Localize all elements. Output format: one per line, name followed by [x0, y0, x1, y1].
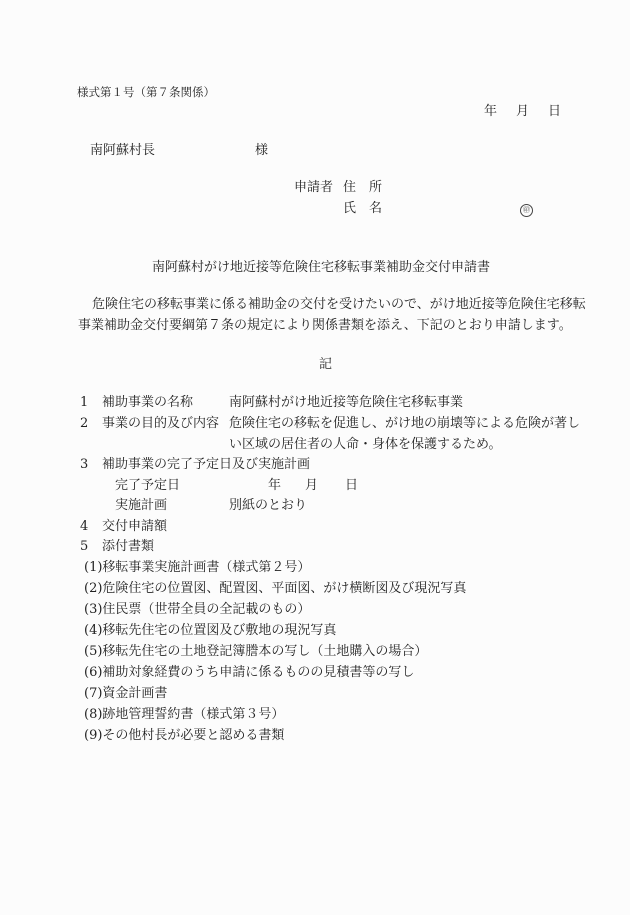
item-number: 1 [80, 395, 88, 411]
attachment-item: (1)移転事業実施計画書（様式第２号） [84, 560, 310, 576]
completion-year-label: 年 [268, 478, 281, 494]
date-day-label: 日 [548, 104, 561, 120]
attachment-item: (5)移転先住宅の土地登記簿謄本の写し（土地購入の場合） [84, 644, 427, 660]
seal-icon: ㊞ [520, 204, 533, 217]
completion-date-label: 完了予定日 [115, 478, 180, 494]
document-title: 南阿蘇村がけ地近接等危険住宅移転事業補助金交付申請書 [152, 260, 490, 276]
item-label: 交付申請額 [102, 519, 167, 535]
addressee-honorific: 様 [255, 143, 268, 159]
item-number: 2 [80, 416, 88, 432]
item-label: 補助事業の完了予定日及び実施計画 [102, 457, 310, 473]
attachment-item: (2)危険住宅の位置図、配置図、平面図、がけ横断図及び現況写真 [84, 581, 466, 597]
item-number: 5 [80, 539, 88, 555]
item-label: 事業の目的及び内容 [102, 416, 219, 432]
body-line-1: 危険住宅の移転事業に係る補助金の交付を受けたいので、がけ地近接等危険住宅移転 [92, 297, 586, 313]
implementation-plan-value: 別紙のとおり [229, 498, 307, 514]
attachment-item: (3)住民票（世帯全員の全記載のもの） [84, 602, 310, 618]
attachment-item: (7)資金計画書 [84, 686, 167, 702]
completion-day-label: 日 [345, 478, 358, 494]
addressee-name: 南阿蘇村長 [90, 143, 155, 159]
date-year-label: 年 [484, 104, 497, 120]
attachment-item: (6)補助対象経費のうち申請に係るものの見積書等の写し [84, 665, 414, 681]
ki-heading: 記 [319, 357, 332, 373]
address-label: 住 所 [343, 180, 382, 196]
applicant-label: 申請者 [294, 180, 333, 196]
item-value: 南阿蘇村がけ地近接等危険住宅移転事業 [229, 395, 463, 411]
form-number: 様式第１号（第７条関係） [77, 84, 215, 100]
implementation-plan-label: 実施計画 [115, 498, 167, 514]
attachment-item: (9)その他村長が必要と認める書類 [84, 728, 284, 744]
item-label: 補助事業の名称 [102, 395, 193, 411]
item-label: 添付書類 [102, 539, 154, 555]
item-number: 3 [80, 457, 88, 473]
name-label: 氏 名 [343, 201, 382, 217]
item-value-line-2: い区域の居住者の人命・身体を保護するため。 [229, 437, 501, 453]
completion-month-label: 月 [305, 478, 318, 494]
date-month-label: 月 [516, 104, 529, 120]
attachment-item: (8)跡地管理誓約書（様式第３号） [84, 707, 284, 723]
item-value-line-1: 危険住宅の移転を促進し、がけ地の崩壊等による危険が著し [229, 416, 580, 432]
item-number: 4 [80, 519, 88, 535]
attachment-item: (4)移転先住宅の位置図及び敷地の現況写真 [84, 623, 336, 639]
body-line-2: 事業補助金交付要綱第７条の規定により関係書類を添え、下記のとおり申請します。 [78, 318, 572, 334]
